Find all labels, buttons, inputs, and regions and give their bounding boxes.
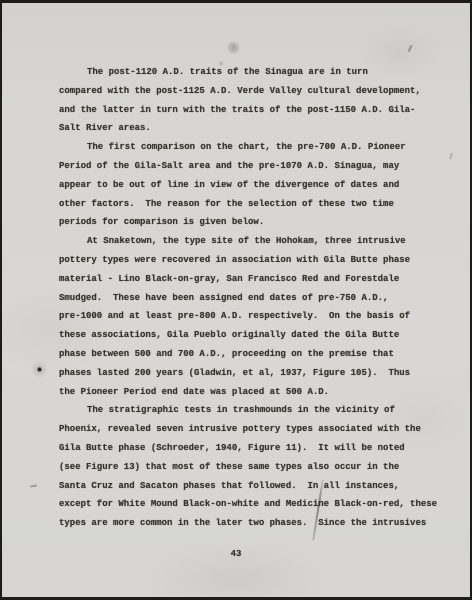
text-line: pre-1000 and at least pre-800 A.D. respe…: [59, 307, 449, 326]
text-line: the Pioneer Period end date was placed a…: [59, 383, 449, 402]
text-line: material - Lino Black-on-gray, San Franc…: [59, 270, 449, 289]
text-line: compared with the post-1125 A.D. Verde V…: [59, 82, 449, 101]
text-line: types are more common in the later two p…: [59, 514, 449, 533]
text-line: appear to be out of line in view of the …: [59, 176, 449, 195]
text-line: except for White Mound Black-on-white an…: [59, 495, 449, 514]
text-line: pottery types were recovered in associat…: [59, 251, 449, 270]
text-line: The first comparison on the chart, the p…: [59, 138, 449, 157]
body-text: The post-1120 A.D. traits of the Sinagua…: [59, 63, 449, 533]
document-page: The post-1120 A.D. traits of the Sinagua…: [2, 3, 470, 597]
text-line: At Snaketown, the type site of the Hohok…: [59, 232, 449, 251]
text-line: periods for comparison is given below.: [59, 213, 449, 232]
text-line: and the latter in turn with the traits o…: [59, 101, 449, 120]
text-line: other factors. The reason for the select…: [59, 195, 449, 214]
text-line: (see Figure 13) that most of these same …: [59, 458, 449, 477]
speck-artifact: [30, 485, 37, 488]
text-line: phases lasted 200 years (Gladwin, et al,…: [59, 364, 449, 383]
text-line: Period of the Gila-Salt area and the pre…: [59, 157, 449, 176]
ink-dot-artifact: [37, 367, 42, 372]
text-line: Santa Cruz and Sacaton phases that follo…: [59, 477, 449, 496]
speck-artifact: [408, 45, 413, 52]
text-line: Smudged. These have been assigned end da…: [59, 289, 449, 308]
speck-artifact: [449, 153, 452, 159]
smudge-artifact: [227, 41, 240, 54]
text-line: these associations, Gila Pueblo original…: [59, 326, 449, 345]
text-line: Gila Butte phase (Schroeder, 1940, Figur…: [59, 439, 449, 458]
text-line: The post-1120 A.D. traits of the Sinagua…: [59, 63, 449, 82]
scan-border-frame: The post-1120 A.D. traits of the Sinagua…: [0, 0, 472, 600]
page-number: 43: [2, 549, 470, 559]
text-line: The stratigraphic tests in trashmounds i…: [59, 401, 449, 420]
text-line: phase between 500 and 700 A.D., proceedi…: [59, 345, 449, 364]
text-line: Phoenix, revealed seven intrusive potter…: [59, 420, 449, 439]
text-line: Salt River areas.: [59, 119, 449, 138]
